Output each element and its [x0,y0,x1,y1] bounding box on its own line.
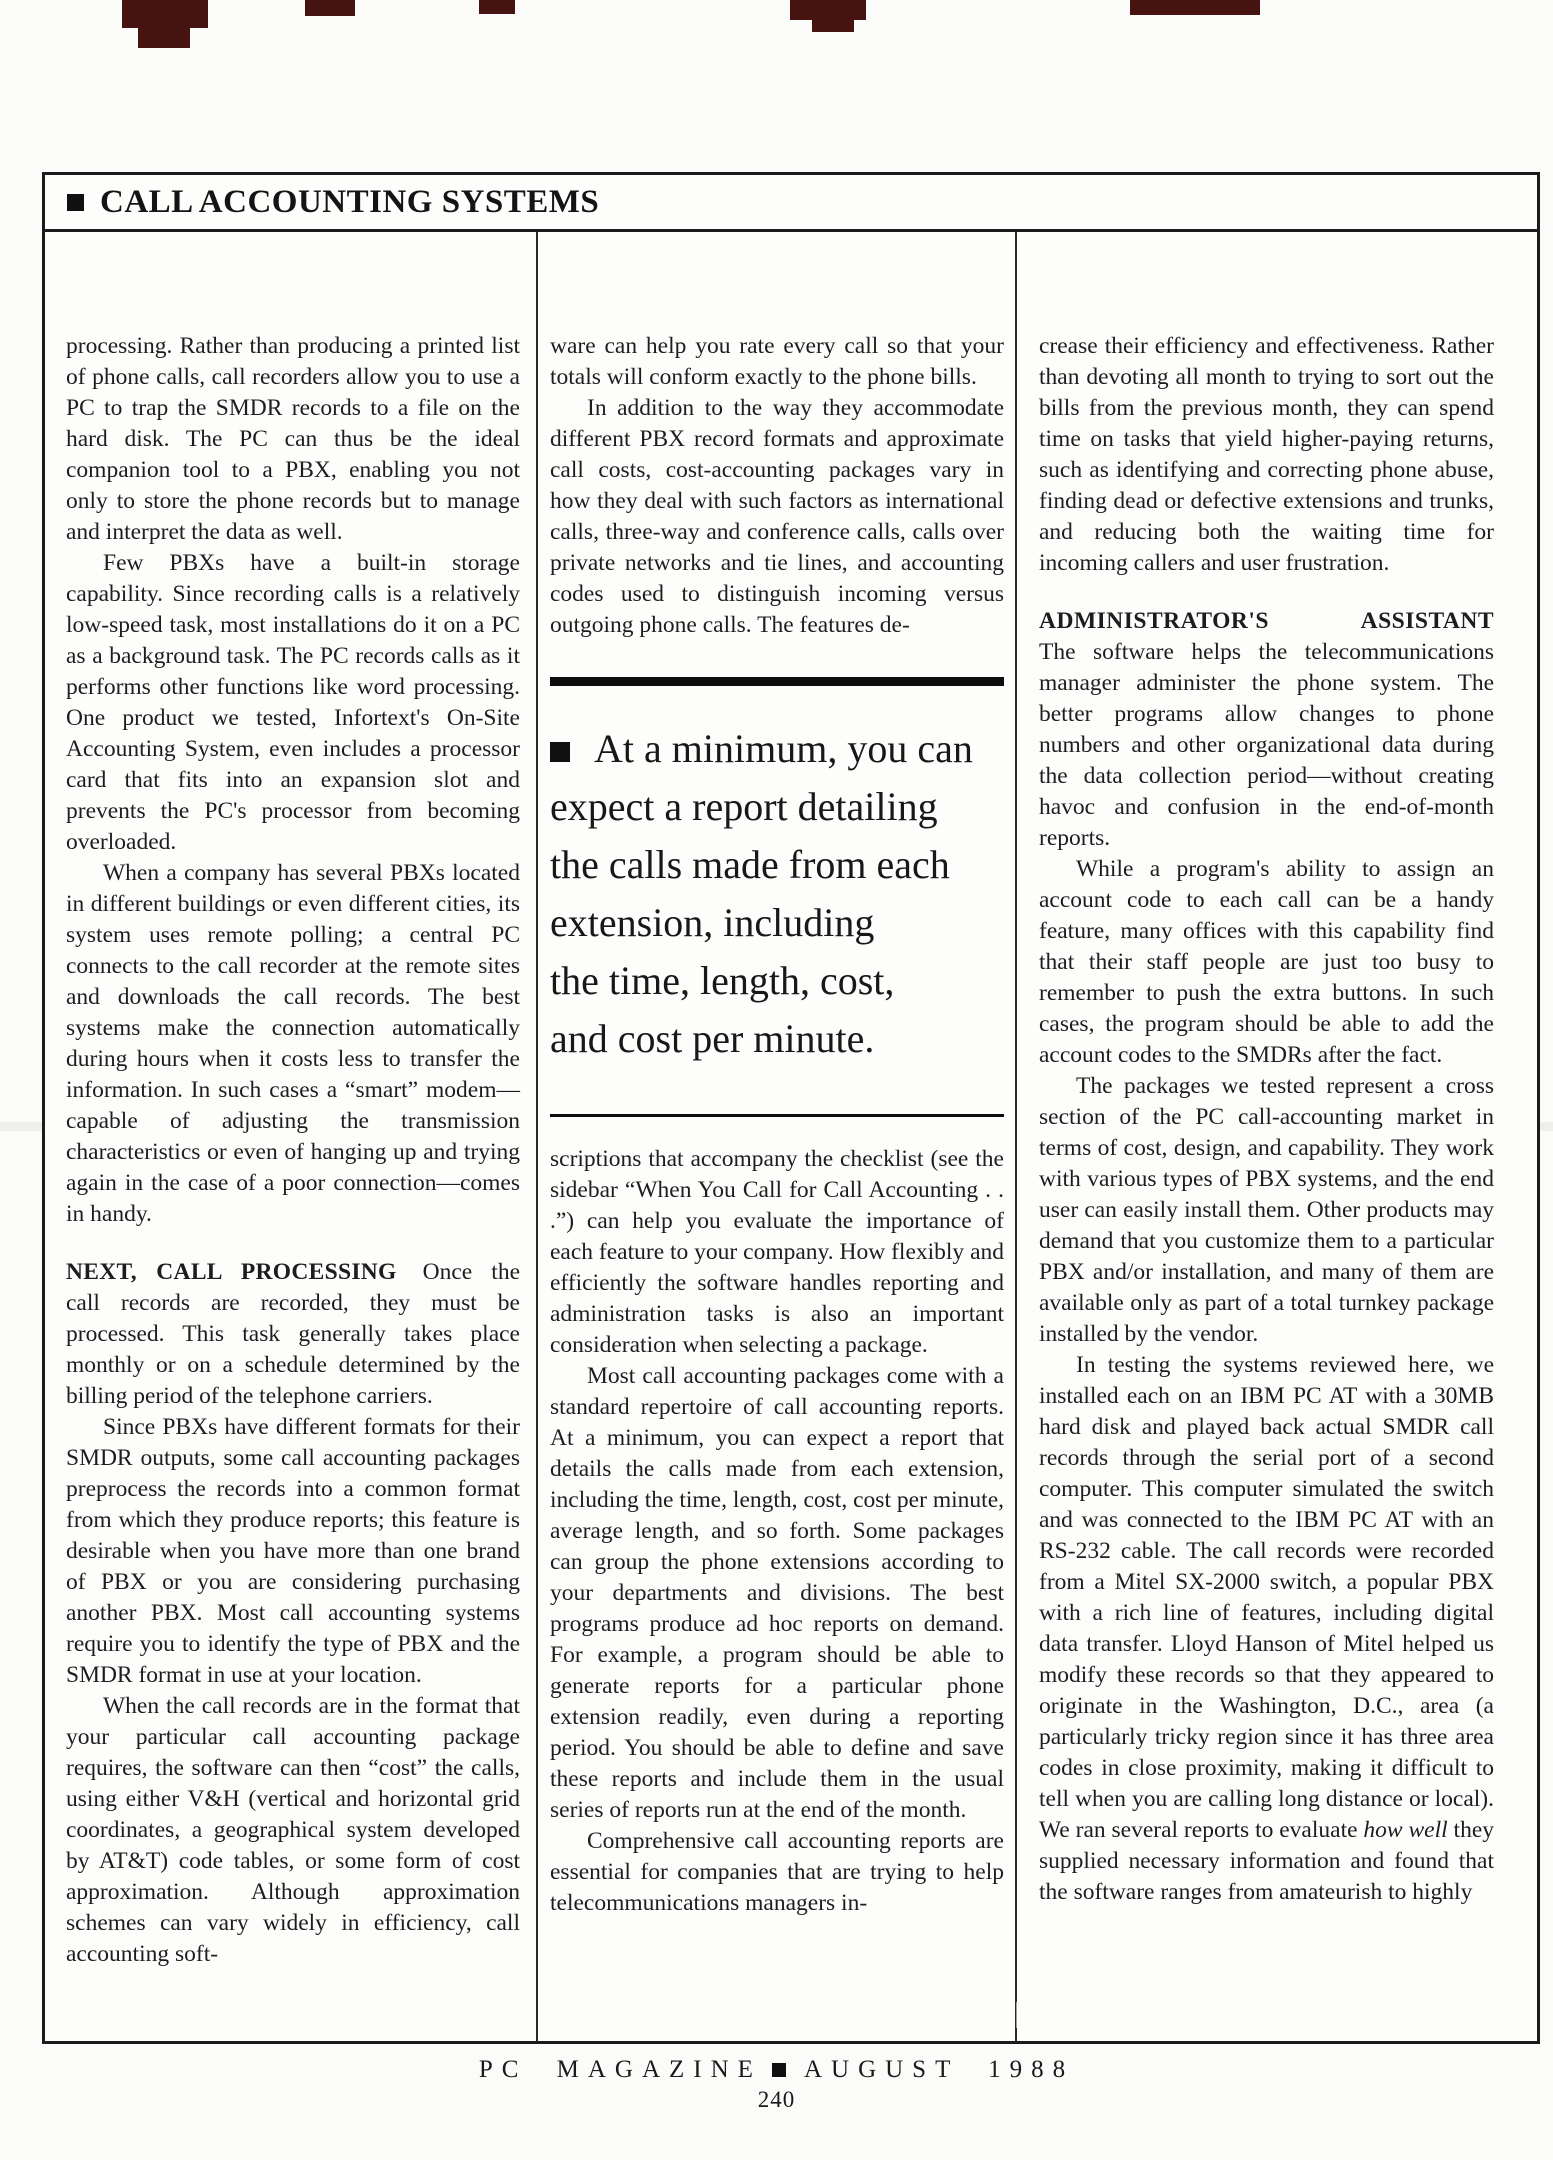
paragraph-text: Most call accounting packages come with … [550,1363,1004,1823]
paragraph: crease their efficiency and effectivenes… [1039,331,1494,579]
paragraph: While a program's ability to assign an a… [1039,854,1494,1071]
paragraph: ware can help you rate every call so tha… [550,331,1004,393]
emphasis-text: how well [1363,1817,1447,1843]
paragraph: Most call accounting packages come with … [550,1361,1004,1826]
paragraph-text: In addition to the way they accommodate … [550,395,1004,638]
column-1: processing. Rather than producing a prin… [45,232,538,2041]
pull-quote-line: and cost per minute. [550,1010,1004,1068]
square-bullet-icon [67,194,84,211]
issue-date: AUGUST 1988 [804,2056,1074,2083]
paragraph: processing. Rather than producing a prin… [66,331,520,548]
column-2: ware can help you rate every call so tha… [538,232,1017,2041]
paragraph-text: crease their efficiency and effectivenes… [1039,333,1494,576]
section-heading: NEXT, CALL PROCESSING [66,1259,423,1285]
paragraph: When a company has several PBXs located … [66,858,520,1230]
paragraph-text: scriptions that accompany the checklist … [550,1146,1004,1358]
paragraph: scriptions that accompany the checklist … [550,1144,1004,1361]
paragraph-text: When the call records are in the format … [66,1693,520,1967]
scan-artifact-mark [1130,0,1260,15]
paragraph: In addition to the way they accommodate … [550,393,1004,641]
magazine-name: PC MAGAZINE [479,2056,762,2083]
scan-artifact-mark [305,0,355,16]
paragraph: ADMINISTRATOR'S ASSISTANTThe software he… [1039,606,1494,854]
square-bullet-icon [772,2063,786,2077]
paragraph-text: processing. Rather than producing a prin… [66,333,520,545]
article-frame: CALL ACCOUNTING SYSTEMS processing. Rath… [42,172,1540,2044]
paragraph: NEXT, CALL PROCESSINGOnce the call recor… [66,1257,520,1412]
paragraph-text: Since PBXs have different formats for th… [66,1414,520,1688]
scan-artifact-mark [138,28,190,48]
scan-artifact-mark [790,0,866,20]
section-heading: ADMINISTRATOR'S ASSISTANT [1039,606,1494,637]
article-header: CALL ACCOUNTING SYSTEMS [45,175,1537,232]
scan-artifact-mark [122,0,208,28]
pull-quote-text: At a minimum, you can [594,726,973,771]
paragraph-text: ware can help you rate every call so tha… [550,333,1004,390]
pull-quote-line: At a minimum, you can [550,720,1004,778]
paragraph: The packages we tested represent a cross… [1039,1071,1494,1350]
paragraph-text: Comprehensive call accounting reports ar… [550,1828,1004,1916]
column-3: crease their efficiency and effectivenes… [1017,232,1537,2041]
square-bullet-icon [550,742,570,762]
pull-quote-line: the calls made from each [550,836,1004,894]
paragraph-text: Few PBXs have a built-in storage capabil… [66,550,520,855]
paragraph: When the call records are in the format … [66,1691,520,1970]
running-footer: PC MAGAZINEAUGUST 1988 [0,2056,1553,2084]
article-title: CALL ACCOUNTING SYSTEMS [100,184,599,221]
page-number: 240 [0,2087,1553,2113]
paragraph: Comprehensive call accounting reports ar… [550,1826,1004,1919]
page-footer: PC MAGAZINEAUGUST 1988 240 [0,2056,1553,2113]
pull-quote-line: the time, length, cost, [550,952,1004,1010]
scan-artifact-mark [479,0,515,14]
paragraph-text: The software helps the telecommunication… [1039,639,1494,851]
paragraph-text: The packages we tested represent a cross… [1039,1073,1494,1347]
paragraph-text: In testing the systems reviewed here, we… [1039,1352,1494,1843]
pull-quote: At a minimum, you can expect a report de… [550,677,1004,1117]
pull-quote-line: expect a report detailing [550,778,1004,836]
paragraph-text: While a program's ability to assign an a… [1039,856,1494,1068]
paragraph: In testing the systems reviewed here, we… [1039,1350,1494,1908]
paragraph-text: When a company has several PBXs located … [66,860,520,1227]
paragraph: Since PBXs have different formats for th… [66,1412,520,1691]
paragraph: Few PBXs have a built-in storage capabil… [66,548,520,858]
article-body: processing. Rather than producing a prin… [45,232,1537,2041]
pull-quote-line: extension, including [550,894,1004,952]
scan-artifact-mark [812,20,854,32]
